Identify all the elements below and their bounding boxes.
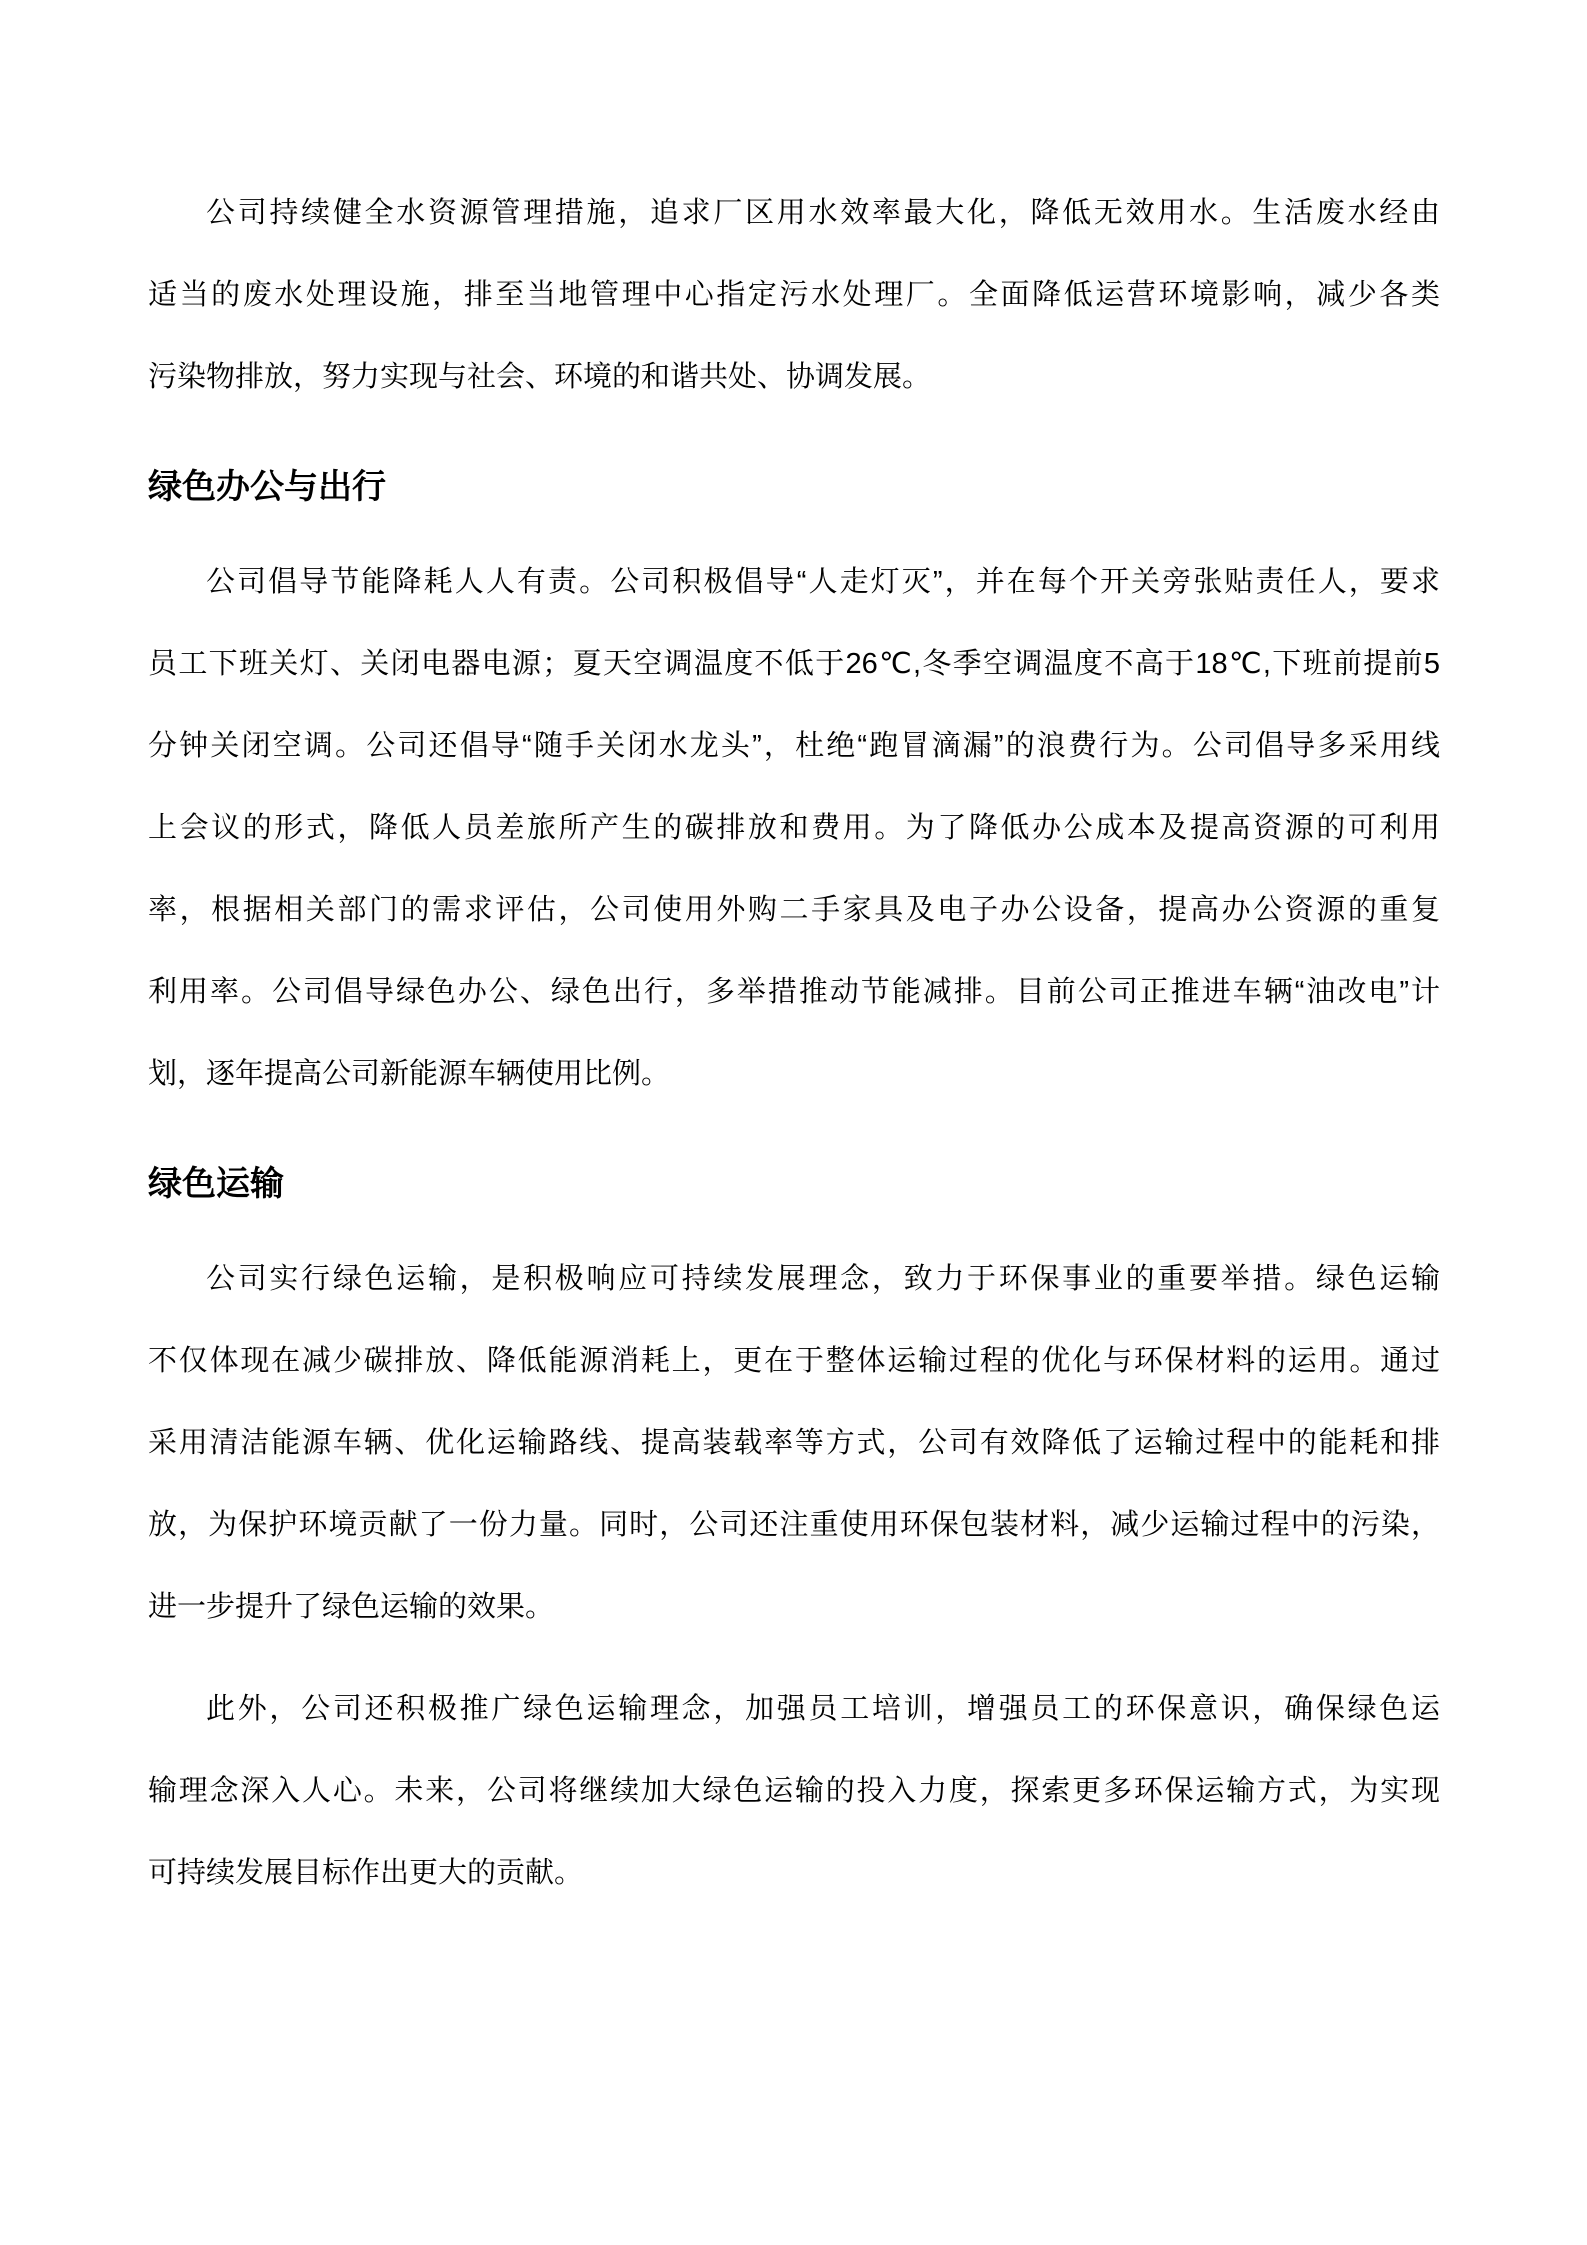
text-line: 污染物排放，努力实现与社会、环境的和谐共处、协调发展。 — [148, 336, 1440, 418]
text-line: 员工下班关灯、关闭电器电源；夏天空调温度不低于26℃,冬季空调温度不高于18℃,… — [148, 623, 1440, 705]
document-page: 公司持续健全水资源管理措施，追求厂区用水效率最大化，降低无效用水。生活废水经由适… — [0, 0, 1587, 1934]
text-line: 不仅体现在减少碳排放、降低能源消耗上，更在于整体运输过程的优化与环保材料的运用。… — [148, 1320, 1440, 1402]
text-line: 上会议的形式，降低人员差旅所产生的碳排放和费用。为了降低办公成本及提高资源的可利… — [148, 787, 1440, 869]
text-line: 采用清洁能源车辆、优化运输路线、提高装载率等方式，公司有效降低了运输过程中的能耗… — [148, 1402, 1440, 1484]
text-line: 利用率。公司倡导绿色办公、绿色出行，多举措推动节能减排。目前公司正推进车辆“油改… — [148, 951, 1440, 1033]
text-line: 进一步提升了绿色运输的效果。 — [148, 1566, 1440, 1648]
para-green-transport-1: 公司实行绿色运输，是积极响应可持续发展理念，致力于环保事业的重要举措。绿色运输不… — [148, 1238, 1440, 1648]
para-green-transport-2: 此外，公司还积极推广绿色运输理念，加强员工培训，增强员工的环保意识，确保绿色运输… — [148, 1668, 1440, 1914]
para-water-management: 公司持续健全水资源管理措施，追求厂区用水效率最大化，降低无效用水。生活废水经由适… — [148, 172, 1440, 418]
text-line: 率，根据相关部门的需求评估，公司使用外购二手家具及电子办公设备，提高办公资源的重… — [148, 869, 1440, 951]
text-line: 放，为保护环境贡献了一份力量。同时，公司还注重使用环保包装材料，减少运输过程中的… — [148, 1484, 1440, 1566]
text-line: 公司倡导节能降耗人人有责。公司积极倡导“人走灯灭”，并在每个开关旁张贴责任人，要… — [148, 541, 1440, 623]
text-line: 分钟关闭空调。公司还倡导“随手关闭水龙头”，杜绝“跑冒滴漏”的浪费行为。公司倡导… — [148, 705, 1440, 787]
text-line: 可持续发展目标作出更大的贡献。 — [148, 1832, 1440, 1914]
text-line: 公司持续健全水资源管理措施，追求厂区用水效率最大化，降低无效用水。生活废水经由 — [148, 172, 1440, 254]
heading-green-office-travel: 绿色办公与出行 — [148, 446, 1440, 528]
heading-green-transport: 绿色运输 — [148, 1143, 1440, 1225]
text-line: 适当的废水处理设施，排至当地管理中心指定污水处理厂。全面降低运营环境影响，减少各… — [148, 254, 1440, 336]
text-line: 划，逐年提高公司新能源车辆使用比例。 — [148, 1033, 1440, 1115]
para-green-office: 公司倡导节能降耗人人有责。公司积极倡导“人走灯灭”，并在每个开关旁张贴责任人，要… — [148, 541, 1440, 1115]
text-line: 此外，公司还积极推广绿色运输理念，加强员工培训，增强员工的环保意识，确保绿色运 — [148, 1668, 1440, 1750]
text-line: 公司实行绿色运输，是积极响应可持续发展理念，致力于环保事业的重要举措。绿色运输 — [148, 1238, 1440, 1320]
text-line: 输理念深入人心。未来，公司将继续加大绿色运输的投入力度，探索更多环保运输方式，为… — [148, 1750, 1440, 1832]
